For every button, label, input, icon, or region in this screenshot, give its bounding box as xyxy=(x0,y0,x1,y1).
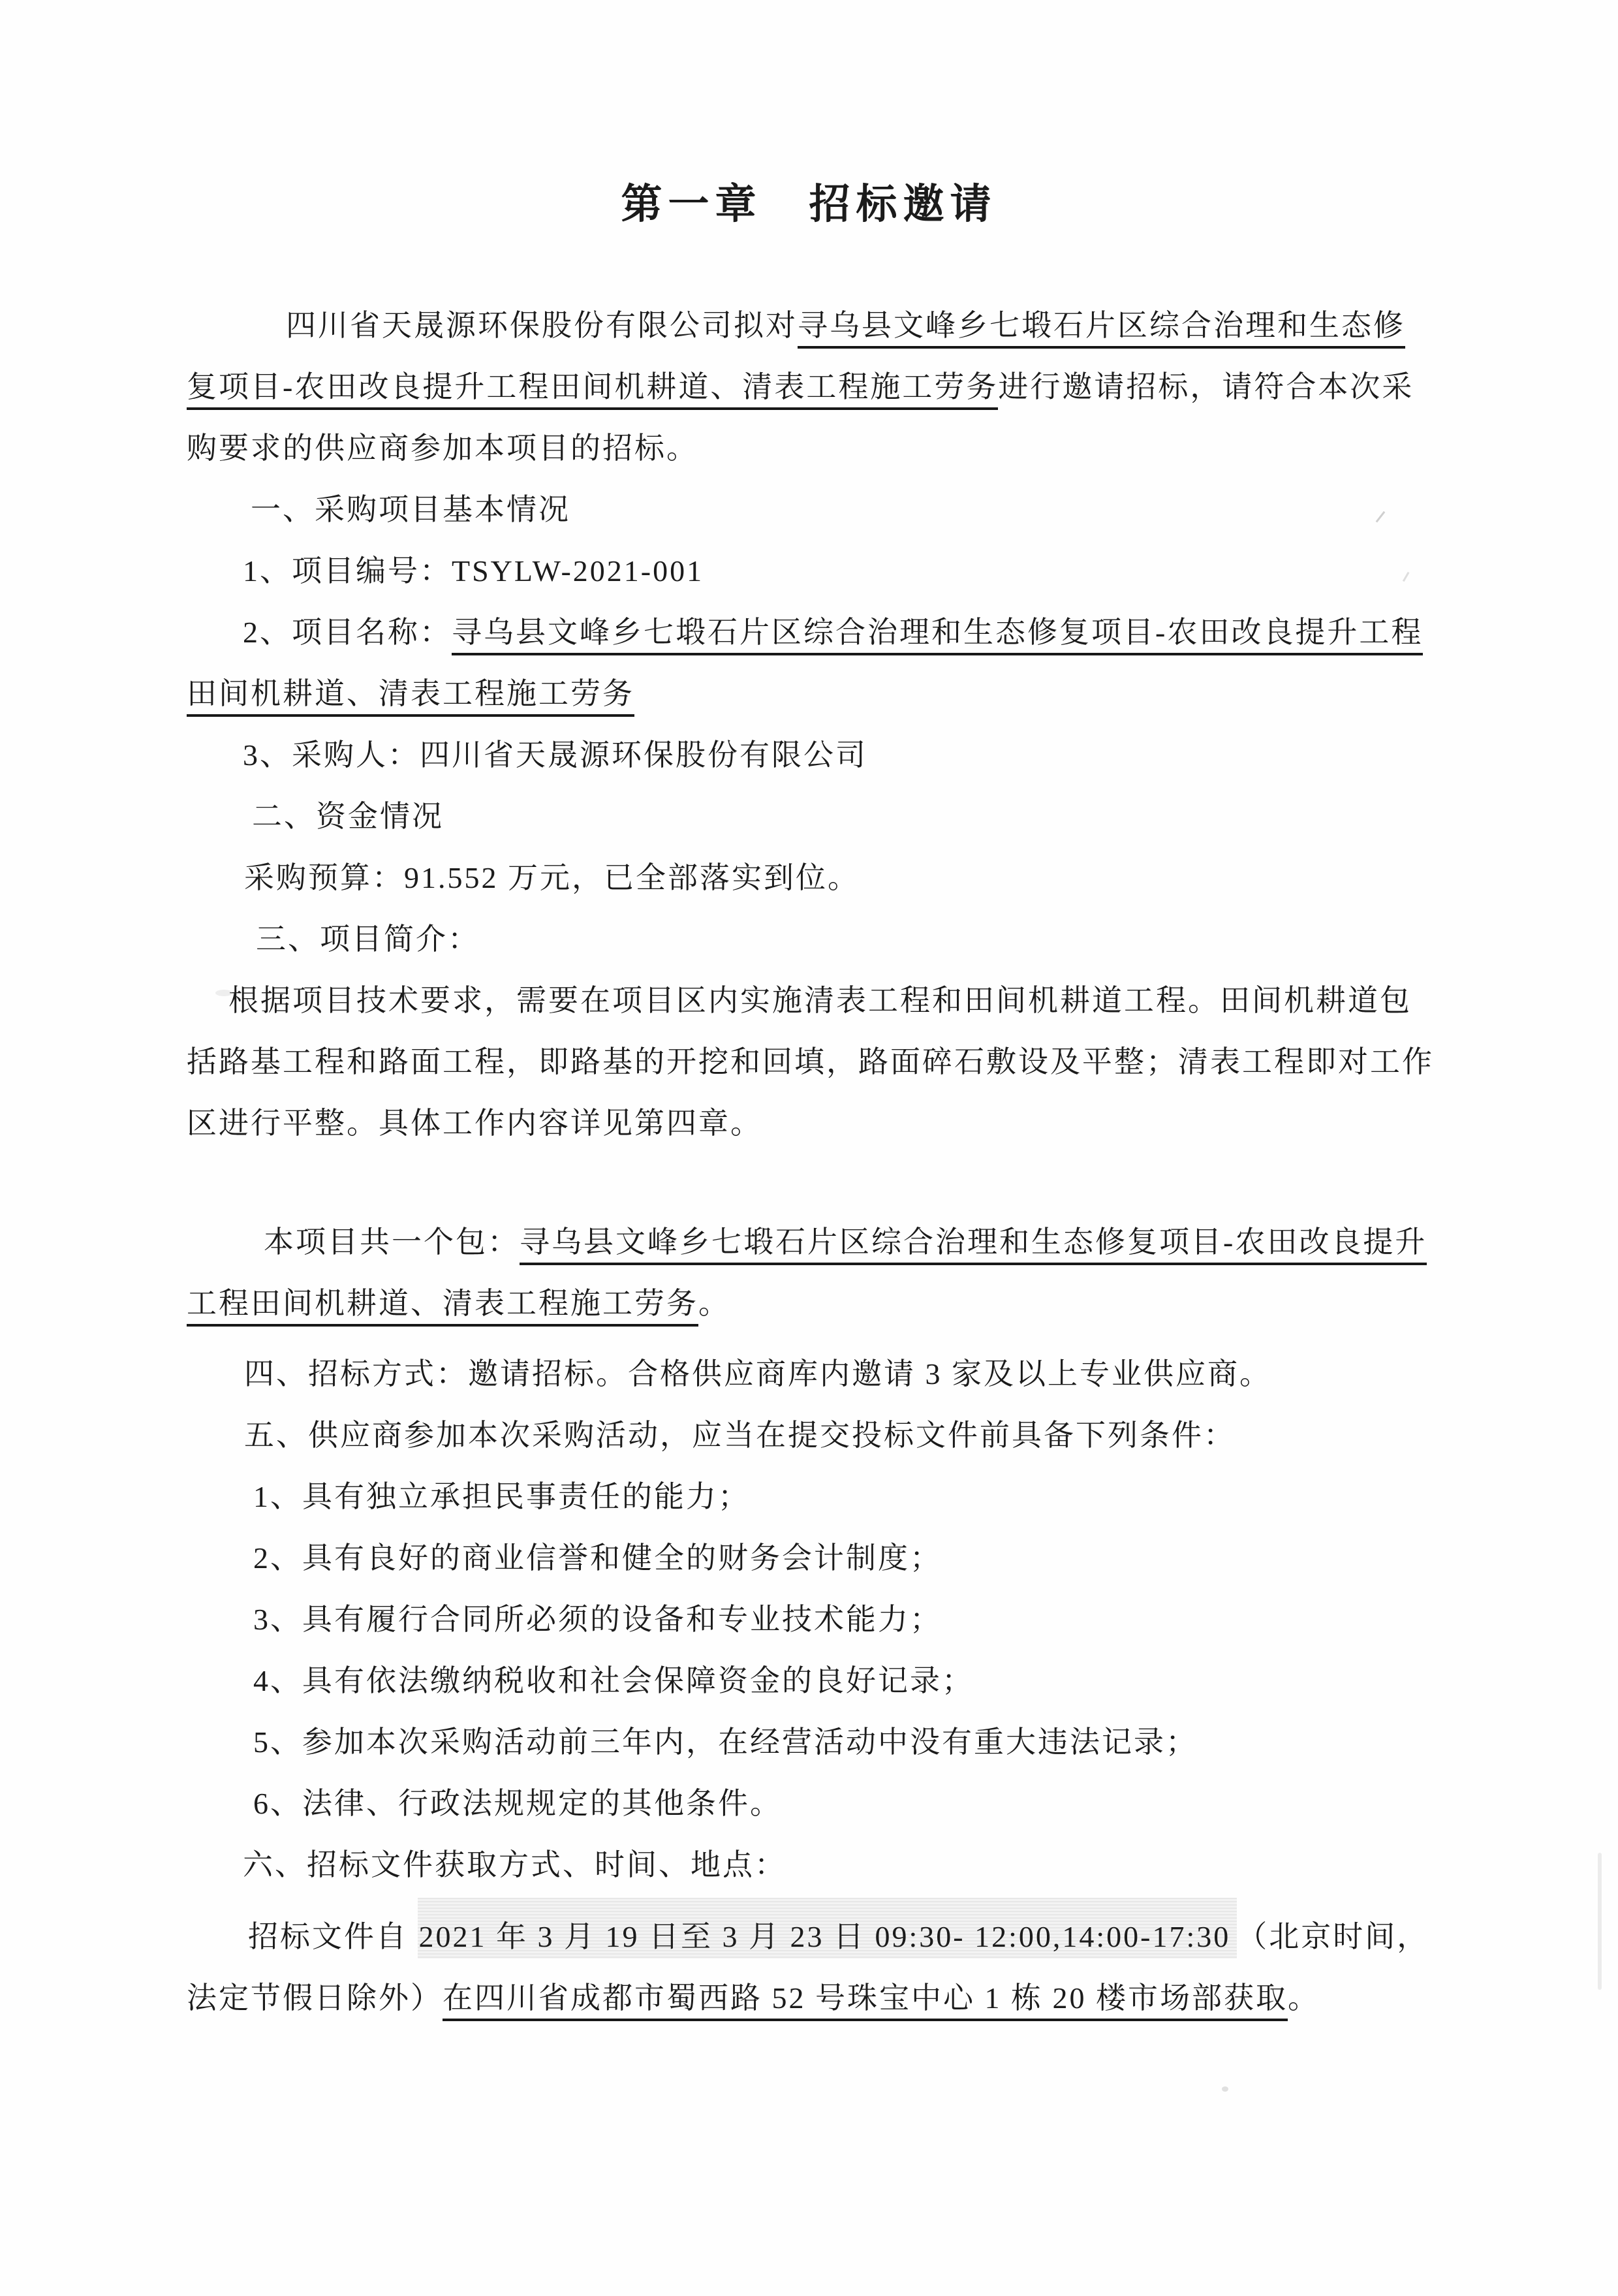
document-line: 6、法律、行政法规规定的其他条件。 xyxy=(187,1773,1442,1834)
scan-artifact xyxy=(1222,2086,1228,2092)
document-body: 四川省天晟源环保股份有限公司拟对寻乌县文峰乡七塅石片区综合治理和生态修复项目-农… xyxy=(0,231,1618,2029)
underlined-text: 田间机耕道、清表工程施工劳务 xyxy=(187,677,634,717)
document-line: 3、具有履行合同所必须的设备和专业技术能力； xyxy=(187,1589,1442,1650)
text-segment: 进行邀请招标，请符合本次采 xyxy=(998,370,1414,403)
document-line: 3、采购人：四川省天晟源环保股份有限公司 xyxy=(187,725,1442,786)
text-segment: 法定节假日除外） xyxy=(187,1981,443,2015)
document-line: 采购预算：91.552 万元，已全部落实到位。 xyxy=(187,847,1442,909)
underlined-text: 寻乌县文峰乡七塅石片区综合治理和生态修 xyxy=(798,309,1405,349)
document-line: 购要求的供应商参加本项目的招标。 xyxy=(187,418,1442,479)
underlined-text: 寻乌县文峰乡七塅石片区综合治理和生态修复项目-农田改良提升 xyxy=(520,1225,1427,1265)
document-line: 本项目共一个包：寻乌县文峰乡七塅石片区综合治理和生态修复项目-农田改良提升 xyxy=(187,1212,1442,1273)
document-line: 招标文件自 2021 年 3 月 19 日至 3 月 23 日 09:30- 1… xyxy=(187,1906,1442,1968)
text-segment: 五、供应商参加本次采购活动，应当在提交投标文件前具备下列条件： xyxy=(244,1419,1236,1452)
text-segment: 四川省天晟源环保股份有限公司拟对 xyxy=(286,309,798,342)
document-line: 5、参加本次采购活动前三年内，在经营活动中没有重大违法记录； xyxy=(187,1712,1442,1773)
document-line: 六、招标文件获取方式、时间、地点： xyxy=(187,1834,1442,1896)
document-line: 三、项目简介： xyxy=(187,909,1442,970)
document-line: 四川省天晟源环保股份有限公司拟对寻乌县文峰乡七塅石片区综合治理和生态修 xyxy=(187,295,1442,356)
document-line: 五、供应商参加本次采购活动，应当在提交投标文件前具备下列条件： xyxy=(187,1405,1442,1466)
document-line: 1、项目编号：TSYLW-2021-001 xyxy=(187,541,1442,602)
chapter-title: 第一章 招标邀请 xyxy=(0,0,1618,231)
text-segment: 2、项目名称： xyxy=(243,616,452,649)
text-segment: 购要求的供应商参加本项目的招标。 xyxy=(187,432,698,465)
underlined-text: 工程田间机耕道、清表工程施工劳务 xyxy=(187,1287,698,1327)
text-segment: 3、具有履行合同所必须的设备和专业技术能力； xyxy=(253,1603,942,1636)
text-segment: 四、招标方式：邀请招标。合格供应商库内邀请 3 家及以上专业供应商。 xyxy=(244,1357,1271,1391)
underlined-text: 寻乌县文峰乡七塅石片区综合治理和生态修复项目-农田改良提升工程 xyxy=(452,616,1423,655)
scanned-document-page: 第一章 招标邀请 四川省天晟源环保股份有限公司拟对寻乌县文峰乡七塅石片区综合治理… xyxy=(0,0,1618,2296)
text-segment: 采购预算：91.552 万元，已全部落实到位。 xyxy=(244,861,860,894)
document-line: 二、资金情况 xyxy=(187,786,1442,847)
text-segment: 三、项目简介： xyxy=(256,922,480,956)
text-segment: （北京时间， xyxy=(1237,1920,1429,1953)
text-segment: 招标文件自 xyxy=(248,1920,418,1953)
document-line: 1、具有独立承担民事责任的能力； xyxy=(187,1466,1442,1528)
text-segment: 6、法律、行政法规规定的其他条件。 xyxy=(253,1787,782,1820)
document-line: 工程田间机耕道、清表工程施工劳务。 xyxy=(187,1273,1442,1334)
document-line: 法定节假日除外）在四川省成都市蜀西路 52 号珠宝中心 1 栋 20 楼市场部获… xyxy=(187,1968,1442,2029)
text-segment: 本项目共一个包： xyxy=(264,1225,520,1259)
text-segment: 二、资金情况 xyxy=(252,800,444,833)
text-segment: 4、具有依法缴纳税收和社会保障资金的良好记录； xyxy=(253,1664,974,1697)
underlined-text: 在四川省成都市蜀西路 52 号珠宝中心 1 栋 20 楼市场部获取 xyxy=(443,1981,1288,2021)
highlighted-text: 2021 年 3 月 19 日至 3 月 23 日 09:30- 12:00,1… xyxy=(418,1898,1237,1958)
document-line: 田间机耕道、清表工程施工劳务 xyxy=(187,663,1442,725)
text-segment: 。 xyxy=(698,1287,730,1320)
text-segment: 1、项目编号：TSYLW-2021-001 xyxy=(243,554,704,588)
text-segment: 。 xyxy=(1288,1981,1320,2015)
text-segment: 根据项目技术要求，需要在项目区内实施清表工程和田间机耕道工程。田间机耕道包 xyxy=(228,984,1412,1017)
document-line: 四、招标方式：邀请招标。合格供应商库内邀请 3 家及以上专业供应商。 xyxy=(187,1344,1442,1405)
text-segment: 区进行平整。具体工作内容详见第四章。 xyxy=(187,1107,762,1140)
text-segment: 括路基工程和路面工程，即路基的开挖和回填，路面碎石敷设及平整；清表工程即对工作 xyxy=(187,1045,1434,1078)
text-segment: 5、参加本次采购活动前三年内，在经营活动中没有重大违法记录； xyxy=(253,1725,1198,1759)
text-segment: 六、招标文件获取方式、时间、地点： xyxy=(243,1848,786,1881)
text-segment: 1、具有独立承担民事责任的能力； xyxy=(253,1480,750,1513)
document-line: 4、具有依法缴纳税收和社会保障资金的良好记录； xyxy=(187,1650,1442,1712)
document-line: 2、具有良好的商业信誉和健全的财务会计制度； xyxy=(187,1528,1442,1589)
text-segment: 2、具有良好的商业信誉和健全的财务会计制度； xyxy=(253,1541,942,1575)
document-line: 括路基工程和路面工程，即路基的开挖和回填，路面碎石敷设及平整；清表工程即对工作 xyxy=(187,1031,1442,1093)
document-line: 一、采购项目基本情况 xyxy=(187,479,1442,541)
document-line: 2、项目名称：寻乌县文峰乡七塅石片区综合治理和生态修复项目-农田改良提升工程 xyxy=(187,602,1442,663)
document-line: 复项目-农田改良提升工程田间机耕道、清表工程施工劳务进行邀请招标，请符合本次采 xyxy=(187,356,1442,418)
text-segment: 一、采购项目基本情况 xyxy=(251,493,570,526)
text-segment: 3、采购人：四川省天晟源环保股份有限公司 xyxy=(243,738,867,772)
document-line: 区进行平整。具体工作内容详见第四章。 xyxy=(187,1093,1442,1154)
document-line: 根据项目技术要求，需要在项目区内实施清表工程和田间机耕道工程。田间机耕道包 xyxy=(187,970,1442,1031)
underlined-text: 复项目-农田改良提升工程田间机耕道、清表工程施工劳务 xyxy=(187,370,998,410)
